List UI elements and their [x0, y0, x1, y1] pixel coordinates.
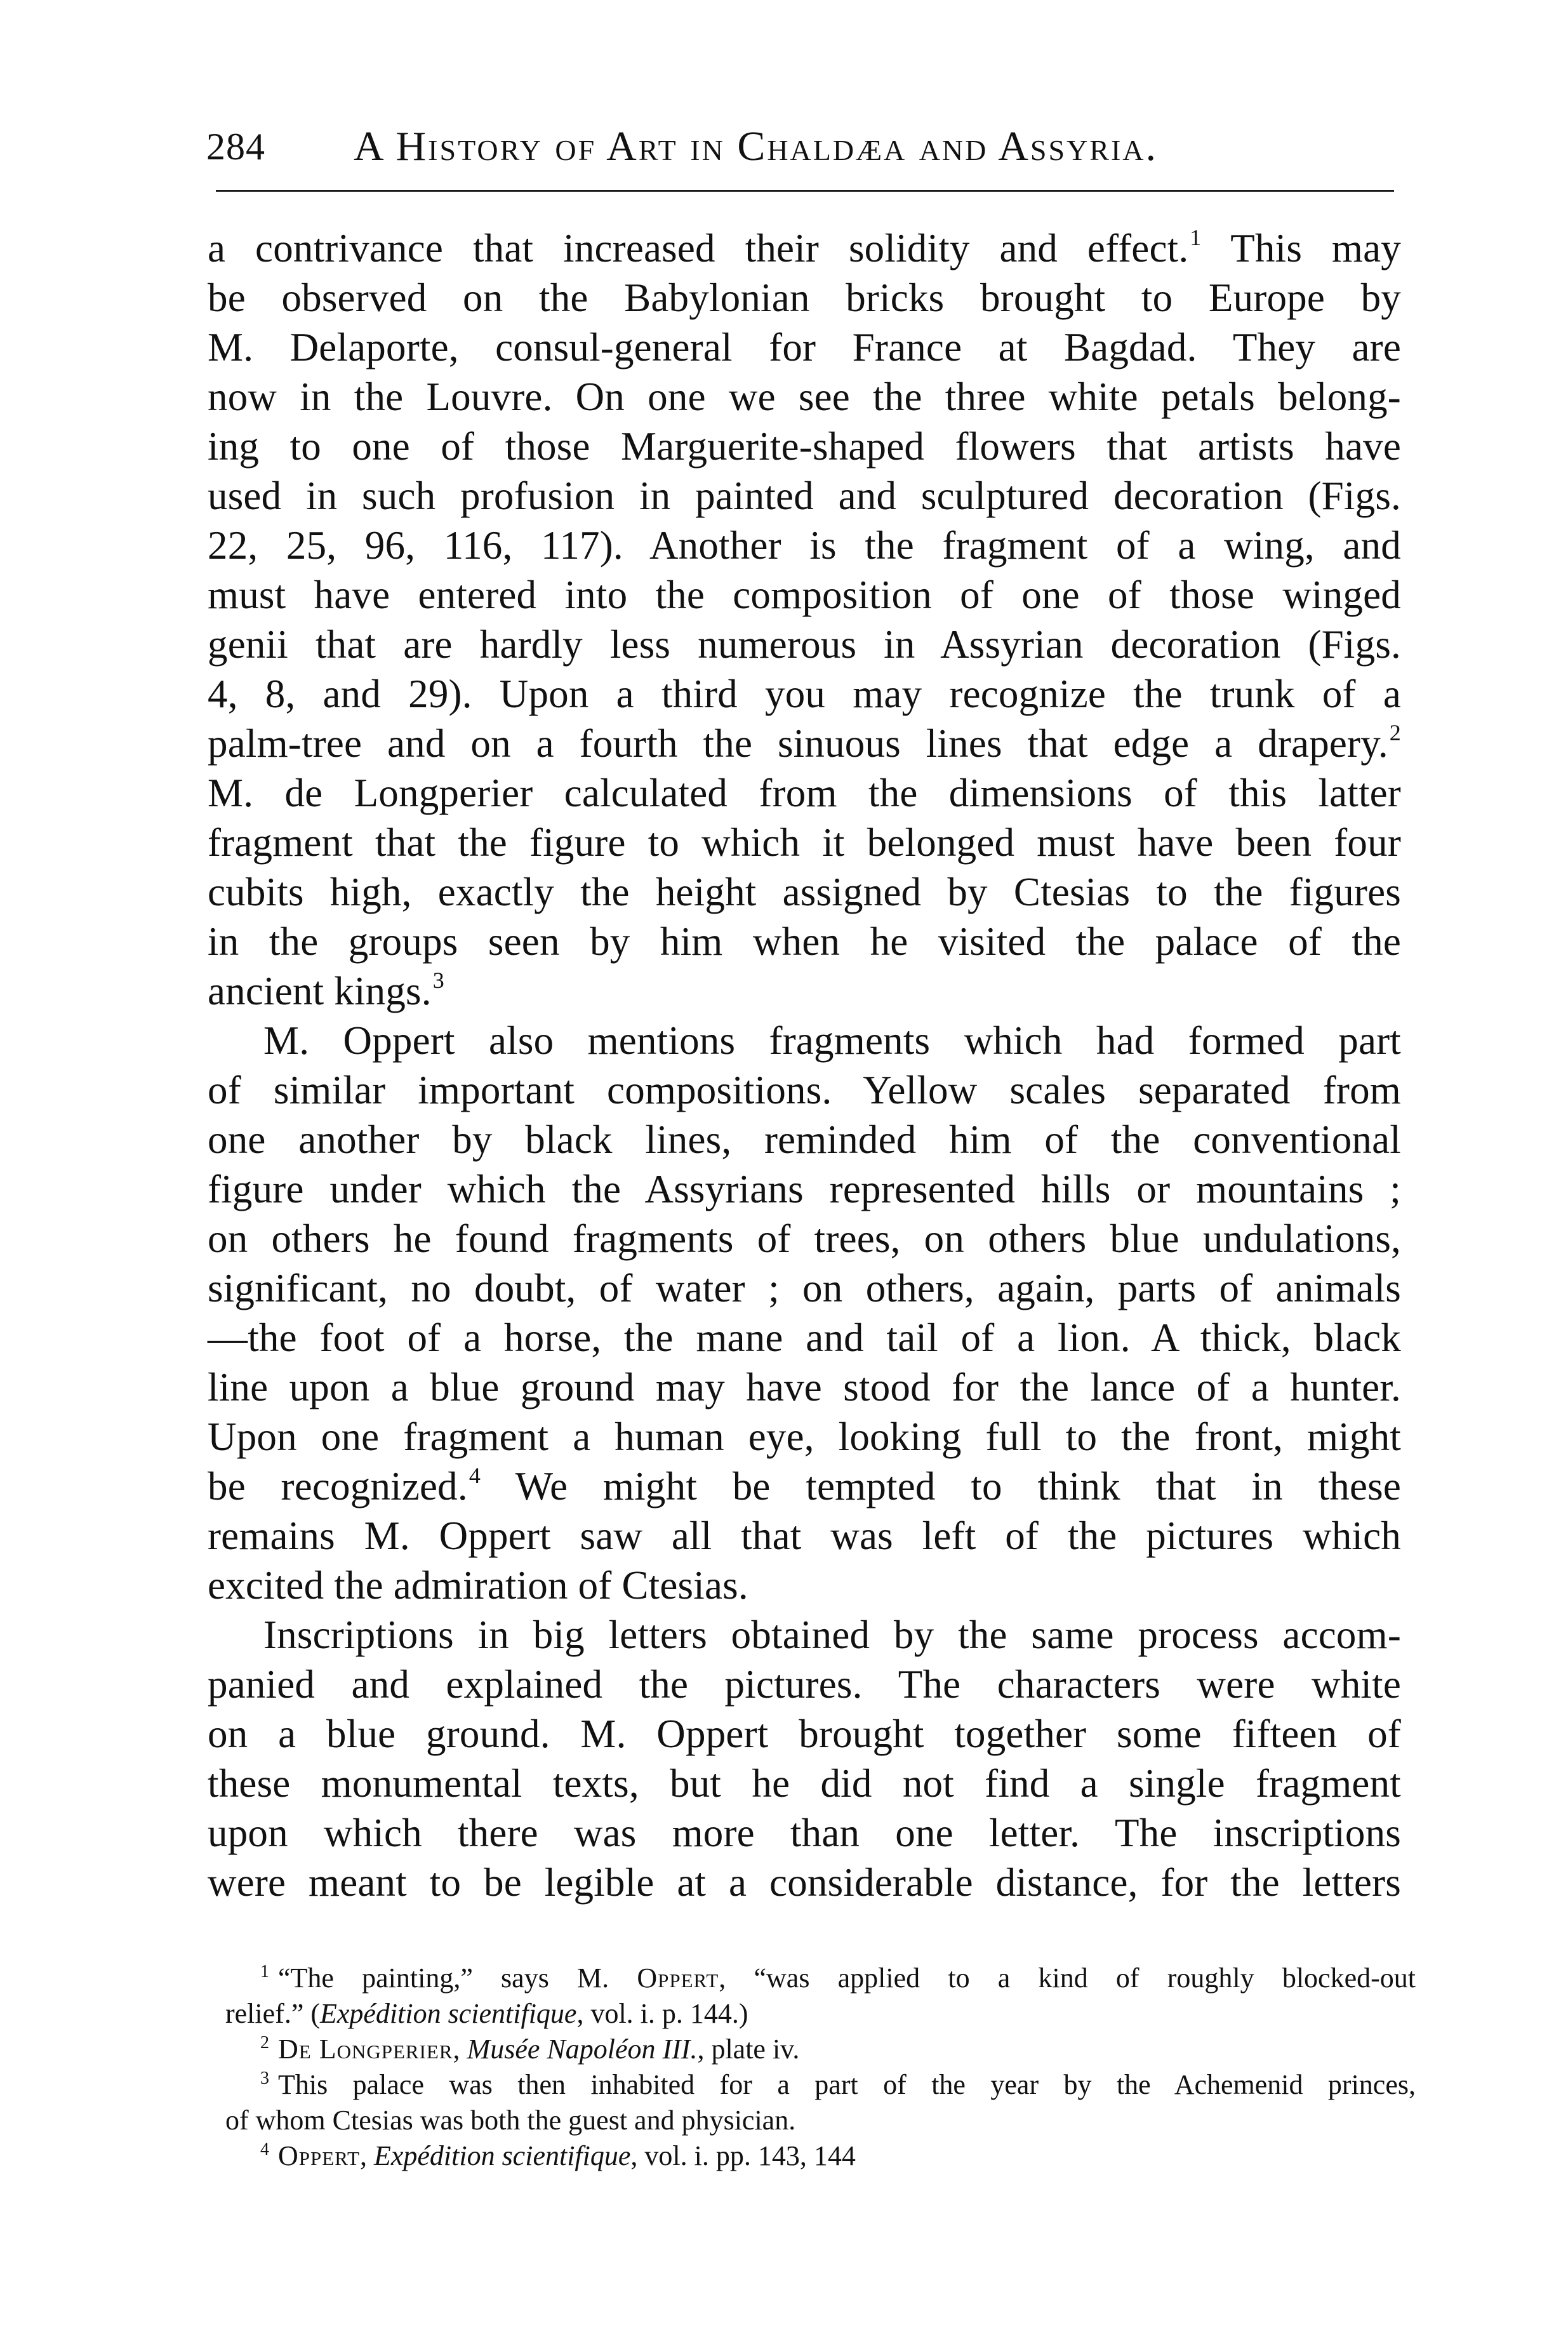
footnote-line: relief.” (Expédition scientifique, vol. … — [225, 1996, 1416, 2032]
footnote-reference[interactable]: 2 — [1390, 720, 1401, 745]
footnote-line: 1“The painting,” says M. Oppert, “was ap… — [225, 1961, 1416, 1996]
footnote-reference[interactable]: 4 — [469, 1463, 481, 1488]
body-line-text: now in the Louvre. On one we see the thr… — [208, 375, 1401, 419]
body-line: Upon one fragment a human eye, looking f… — [208, 1412, 1401, 1462]
body-line: panied and explained the pictures. The c… — [208, 1660, 1401, 1709]
body-line-text: these monumental texts, but he did not f… — [208, 1761, 1401, 1806]
body-line: cubits high, exactly the height assigned… — [208, 867, 1401, 917]
author-name: Oppert — [278, 2140, 360, 2171]
body-line: on a blue ground. M. Oppert brought toge… — [208, 1709, 1401, 1759]
body-line-text: M. de Longperier calculated from the dim… — [208, 771, 1401, 815]
body-line: of similar important compositions. Yello… — [208, 1065, 1401, 1115]
body-line: must have entered into the composition o… — [208, 570, 1401, 620]
body-line-text: remains M. Oppert saw all that was left … — [208, 1514, 1401, 1558]
body-line-text: line upon a blue ground may have stood f… — [208, 1365, 1401, 1409]
body-line: line upon a blue ground may have stood f… — [208, 1362, 1401, 1412]
body-line-text: one another by black lines, reminded him… — [208, 1117, 1401, 1162]
body-line-text: significant, no doubt, of water ; on oth… — [208, 1266, 1401, 1310]
body-line: M. Oppert also mentions fragments which … — [208, 1016, 1401, 1065]
body-line-text: ancient kings. — [208, 969, 432, 1013]
footnote-text: , — [360, 2140, 374, 2171]
footnote-text: of whom Ctesias was both the guest and p… — [225, 2105, 795, 2136]
body-line: —the foot of a horse, the mane and tail … — [208, 1313, 1401, 1362]
body-text: a contrivance that increased their solid… — [208, 223, 1401, 1907]
footnote-marker: 1 — [260, 1962, 269, 1981]
body-line: used in such profusion in painted and sc… — [208, 471, 1401, 521]
citation-title: Expédition scientifique — [320, 1998, 576, 2029]
body-line: a contrivance that increased their solid… — [208, 223, 1401, 273]
citation-title: Expédition scientifique — [374, 2140, 630, 2171]
body-line: Inscriptions in big letters obtained by … — [208, 1610, 1401, 1660]
footnote-reference[interactable]: 1 — [1190, 225, 1201, 250]
body-line-text: ing to one of those Marguerite-shaped fl… — [208, 424, 1401, 469]
footnote-line: 3This palace was then inhabited for a pa… — [225, 2067, 1416, 2103]
body-line-text: palm-tree and on a fourth the sinuous li… — [208, 721, 1388, 766]
body-line-text: cubits high, exactly the height assigned… — [208, 870, 1401, 914]
body-line-text: M. Delaporte, consul-general for France … — [208, 325, 1401, 370]
footnote-text: relief.” ( — [225, 1998, 320, 2029]
body-line-text: —the foot of a horse, the mane and tail … — [208, 1315, 1401, 1360]
body-line-text: panied and explained the pictures. The c… — [208, 1662, 1401, 1707]
body-line: significant, no doubt, of water ; on oth… — [208, 1263, 1401, 1313]
body-line-text: a contrivance that increased their solid… — [208, 226, 1188, 270]
body-line: upon which there was more than one lette… — [208, 1808, 1401, 1858]
page-header: 284 A History of Art in Chaldæa and Assy… — [206, 124, 1400, 169]
footnote-text: This palace was then inhabited for a par… — [278, 2069, 1416, 2100]
footnote-text: , “was applied to a kind of roughly bloc… — [719, 1962, 1416, 1994]
body-line-text: on a blue ground. M. Oppert brought toge… — [208, 1712, 1401, 1756]
body-line-text: We might be tempted to think that in the… — [481, 1464, 1401, 1508]
body-line: palm-tree and on a fourth the sinuous li… — [208, 719, 1401, 768]
body-line: M. Delaporte, consul-general for France … — [208, 323, 1401, 372]
body-line: one another by black lines, reminded him… — [208, 1115, 1401, 1164]
body-line-text: were meant to be legible at a considerab… — [208, 1860, 1401, 1905]
body-line: figure under which the Assyrians represe… — [208, 1164, 1401, 1214]
body-line-text: on others he found fragments of trees, o… — [208, 1216, 1401, 1261]
body-line-text: excited the admiration of Ctesias. — [208, 1563, 748, 1608]
footnote-marker: 4 — [260, 2140, 269, 2159]
body-line: be observed on the Babylonian bricks bro… — [208, 273, 1401, 323]
footnote-line: of whom Ctesias was both the guest and p… — [225, 2103, 1416, 2138]
footnote-text: , plate iv. — [697, 2034, 799, 2065]
body-line: on others he found fragments of trees, o… — [208, 1214, 1401, 1263]
body-line-text: 4, 8, and 29). Upon a third you may reco… — [208, 672, 1401, 716]
body-line-text: M. Oppert also mentions fragments which … — [263, 1018, 1401, 1063]
body-line-text: upon which there was more than one lette… — [208, 1811, 1401, 1855]
page-number: 284 — [206, 124, 265, 169]
body-line-text: Inscriptions in big letters obtained by … — [263, 1613, 1401, 1657]
footnote-text: , vol. i. p. 144.) — [576, 1998, 748, 2029]
header-rule — [216, 190, 1394, 192]
footnote-line: 4Oppert, Expédition scientifique, vol. i… — [225, 2138, 1416, 2174]
author-name: Oppert — [637, 1962, 719, 1994]
body-line-text: Upon one fragment a human eye, looking f… — [208, 1415, 1401, 1459]
body-line-text: 22, 25, 96, 116, 117). Another is the fr… — [208, 523, 1401, 568]
footnote-line: 2De Longperier, Musée Napoléon III., pla… — [225, 2032, 1416, 2067]
footnote-reference[interactable]: 3 — [433, 968, 444, 993]
body-line-text: fragment that the figure to which it bel… — [208, 820, 1401, 865]
body-line-text: must have entered into the composition o… — [208, 573, 1401, 617]
footnote-text: , vol. i. pp. 143, 144 — [630, 2140, 855, 2171]
body-line: be recognized.4 We might be tempted to t… — [208, 1462, 1401, 1511]
body-line: 22, 25, 96, 116, 117). Another is the fr… — [208, 521, 1401, 570]
body-line-text: figure under which the Assyrians represe… — [208, 1167, 1401, 1211]
footnote-marker: 2 — [260, 2033, 269, 2053]
body-line: ancient kings.3 — [208, 966, 1401, 1016]
body-line: M. de Longperier calculated from the dim… — [208, 768, 1401, 818]
body-line-text: be observed on the Babylonian bricks bro… — [208, 276, 1401, 320]
body-line: remains M. Oppert saw all that was left … — [208, 1511, 1401, 1561]
body-line: genii that are hardly less numerous in A… — [208, 620, 1401, 669]
body-line-text: of similar important compositions. Yello… — [208, 1068, 1401, 1112]
body-line: excited the admiration of Ctesias. — [208, 1561, 1401, 1610]
footnote-text: “The painting,” says M. — [278, 1962, 637, 1994]
body-line-text: genii that are hardly less numerous in A… — [208, 622, 1401, 667]
footnote-text: , — [453, 2034, 467, 2065]
body-line: these monumental texts, but he did not f… — [208, 1759, 1401, 1808]
body-line: now in the Louvre. On one we see the thr… — [208, 372, 1401, 422]
body-line-text: used in such profusion in painted and sc… — [208, 474, 1401, 518]
body-line: were meant to be legible at a considerab… — [208, 1858, 1401, 1907]
running-title: A History of Art in Chaldæa and Assyria. — [354, 124, 1158, 169]
body-line: fragment that the figure to which it bel… — [208, 818, 1401, 867]
citation-title: Musée Napoléon III. — [467, 2034, 698, 2065]
body-line-text: be recognized. — [208, 1464, 468, 1508]
footnote-marker: 3 — [260, 2068, 269, 2088]
author-name: De Longperier — [278, 2034, 453, 2065]
body-line-text: in the groups seen by him when he visite… — [208, 919, 1401, 964]
footnotes: 1“The painting,” says M. Oppert, “was ap… — [225, 1961, 1416, 2174]
body-line: 4, 8, and 29). Upon a third you may reco… — [208, 669, 1401, 719]
body-line: ing to one of those Marguerite-shaped fl… — [208, 422, 1401, 471]
body-line-text: This may — [1202, 226, 1402, 270]
body-line: in the groups seen by him when he visite… — [208, 917, 1401, 966]
